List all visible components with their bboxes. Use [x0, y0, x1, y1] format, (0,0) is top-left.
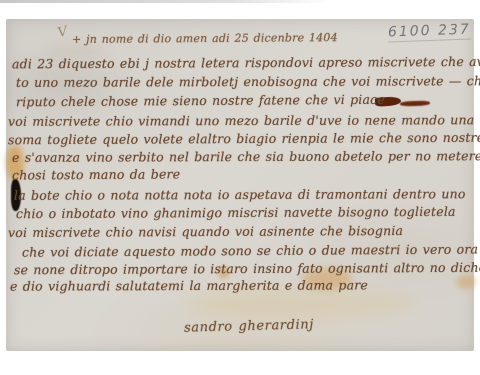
manuscript-line: soma togliete quelo volete elaltro biagi…: [8, 130, 480, 147]
manuscript-scan: 6100 237 V + jn nome di dio amen adi 25 …: [0, 0, 480, 375]
manuscript-line: che voi diciate aquesto modo sono se chi…: [22, 241, 480, 259]
manuscript-paper: 6100 237 V + jn nome di dio amen adi 25 …: [6, 19, 474, 351]
archive-number: 6100 237: [388, 22, 471, 43]
manuscript-line: chio o inbotato vino ghanimigo miscrisi …: [16, 204, 456, 221]
manuscript-line: voi miscrivete chio navisi quando voi as…: [8, 223, 403, 240]
scan-edge-artifact: [0, 0, 332, 3]
manuscript-line: adi 23 diquesto ebi j nostra letera risp…: [12, 54, 480, 72]
manuscript-line: to uno mezo barile dele mirboletj enobis…: [16, 73, 480, 90]
manuscript-line: la bote chio o nota notta nota io aspeta…: [14, 186, 466, 203]
manuscript-line: se none ditropo importare io istaro insi…: [14, 260, 480, 277]
rust-stain-right: [456, 275, 476, 289]
yellow-stain-bottom: [186, 289, 416, 319]
check-mark: V: [56, 24, 69, 41]
manuscript-line: e s'avanza vino serbito nel barile che s…: [12, 148, 480, 165]
manuscript-line: e dio vighuardi salutatemi la margherita…: [10, 277, 368, 293]
date-line: + jn nome di dio amen adi 25 dicenbre 14…: [72, 31, 338, 46]
ink-blot-dash: [400, 100, 430, 106]
signature: sandro gherardinj: [184, 317, 314, 335]
manuscript-line: riputo chele chose mie sieno nostre fate…: [16, 92, 385, 110]
manuscript-line: voi miscrivete chio vimandi uno mezo bar…: [8, 112, 474, 129]
manuscript-line: chosi tosto mano da bere: [12, 166, 180, 182]
